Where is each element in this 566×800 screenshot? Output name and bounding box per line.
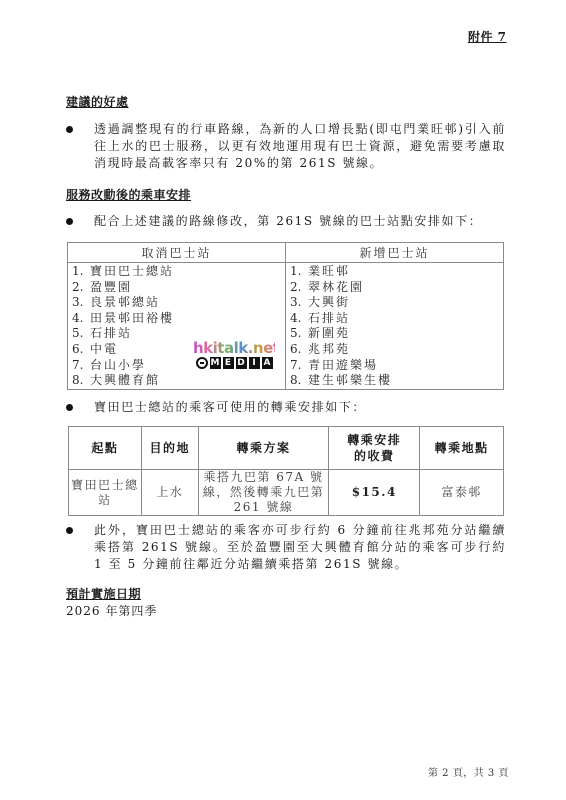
plan-header: 轉乘方案	[198, 427, 329, 470]
bullet-icon	[66, 404, 73, 411]
list-item: 4.田景邨田裕樓	[72, 311, 285, 327]
added-stops-list: 1.業旺邨 2.翠林花園 3.大興街 4.石排站 5.新圍苑 6.兆邦苑 7.青…	[286, 263, 504, 390]
list-item: 7.青田遊樂場	[290, 358, 503, 374]
destination-header: 目的地	[141, 427, 198, 470]
transfer-intro-bullet: 寶田巴士總站的乘客可使用的轉乘安排如下：	[66, 399, 506, 416]
page-number: 第 2 頁，共 3 頁	[428, 764, 509, 779]
list-item: 3.大興街	[290, 295, 503, 311]
plan-cell: 乘搭九巴第 67A 號 線，然後轉乘九巴第 261 號線	[198, 470, 329, 516]
arrangements-intro-bullet: 配合上述建議的路線修改，第 261S 號線的巴士站點安排如下：	[66, 213, 506, 230]
list-item: 6.兆邦苑	[290, 342, 503, 358]
media-logo-icon	[196, 357, 208, 369]
list-item: 2.翠林花園	[290, 280, 503, 296]
benefits-bullet: 透過調整現有的行車路線，為新的人口增長點(即屯門業旺邨)引入前往上水的巴士服務，…	[66, 121, 506, 172]
walk-bullet: 此外，寶田巴士總站的乘客亦可步行約 6 分鐘前往兆邦苑分站繼續乘搭第 261S …	[66, 522, 506, 573]
bullet-icon	[66, 218, 73, 225]
list-item: 1.業旺邨	[290, 264, 503, 280]
list-item: 4.石排站	[290, 311, 503, 327]
watermark-letter: M	[210, 357, 221, 369]
schedule-heading: 預計實施日期	[66, 585, 141, 602]
cancelled-stops-header: 取消巴士站	[68, 243, 286, 263]
list-item: 2.盈豐園	[72, 280, 285, 296]
origin-header: 起點	[69, 427, 142, 470]
watermark-media: M E D I A	[193, 357, 275, 369]
list-item: 8.建生邨樂生樓	[290, 373, 503, 389]
arrangements-intro-text: 配合上述建議的路線修改，第 261S 號線的巴士站點安排如下：	[94, 213, 506, 230]
cancelled-stops-list: 1.寶田巴士總站 2.盈豐園 3.良景邨總站 4.田景邨田裕樓 5.石排站 6.…	[68, 263, 286, 390]
origin-cell: 寶田巴士總 站	[69, 470, 142, 516]
fee-cell: $15.4	[329, 470, 420, 516]
benefits-text: 透過調整現有的行車路線，為新的人口增長點(即屯門業旺邨)引入前往上水的巴士服務，…	[94, 121, 506, 172]
list-item: 1.寶田巴士總站	[72, 264, 285, 280]
list-item: 5.新圍苑	[290, 326, 503, 342]
transfer-table: 起點 目的地 轉乘方案 轉乘安排 的收費 轉乘地點 寶田巴士總 站 上水 乘搭九…	[68, 426, 504, 516]
bus-stop-table: 取消巴士站 新增巴士站 1.寶田巴士總站 2.盈豐園 3.良景邨總站 4.田景邨…	[67, 242, 504, 390]
walk-text: 此外，寶田巴士總站的乘客亦可步行約 6 分鐘前往兆邦苑分站繼續乘搭第 261S …	[94, 522, 506, 573]
list-item: 3.良景邨總站	[72, 295, 285, 311]
fee-header: 轉乘安排 的收費	[329, 427, 420, 470]
schedule-date: 2026 年第四季	[66, 602, 157, 619]
watermark-letter: A	[262, 357, 273, 369]
watermark: hkitalk.net M E D I A	[193, 340, 275, 369]
location-cell: 富泰邨	[420, 470, 504, 516]
transfer-intro-text: 寶田巴士總站的乘客可使用的轉乘安排如下：	[94, 399, 506, 416]
watermark-text: hkitalk.net	[193, 340, 275, 356]
bullet-icon	[66, 527, 73, 534]
list-item: 8.大興體育館	[72, 373, 285, 389]
location-header: 轉乘地點	[420, 427, 504, 470]
destination-cell: 上水	[141, 470, 198, 516]
added-stops-header: 新增巴士站	[286, 243, 504, 263]
benefits-heading: 建議的好處	[66, 93, 129, 110]
watermark-letter: E	[223, 357, 234, 369]
watermark-letter: I	[249, 357, 260, 369]
annex-label: 附件 7	[468, 28, 507, 45]
arrangements-heading: 服務改動後的乘車安排	[66, 186, 191, 203]
bullet-icon	[66, 126, 73, 133]
watermark-letter: D	[236, 357, 247, 369]
table-row: 寶田巴士總 站 上水 乘搭九巴第 67A 號 線，然後轉乘九巴第 261 號線 …	[69, 470, 504, 516]
